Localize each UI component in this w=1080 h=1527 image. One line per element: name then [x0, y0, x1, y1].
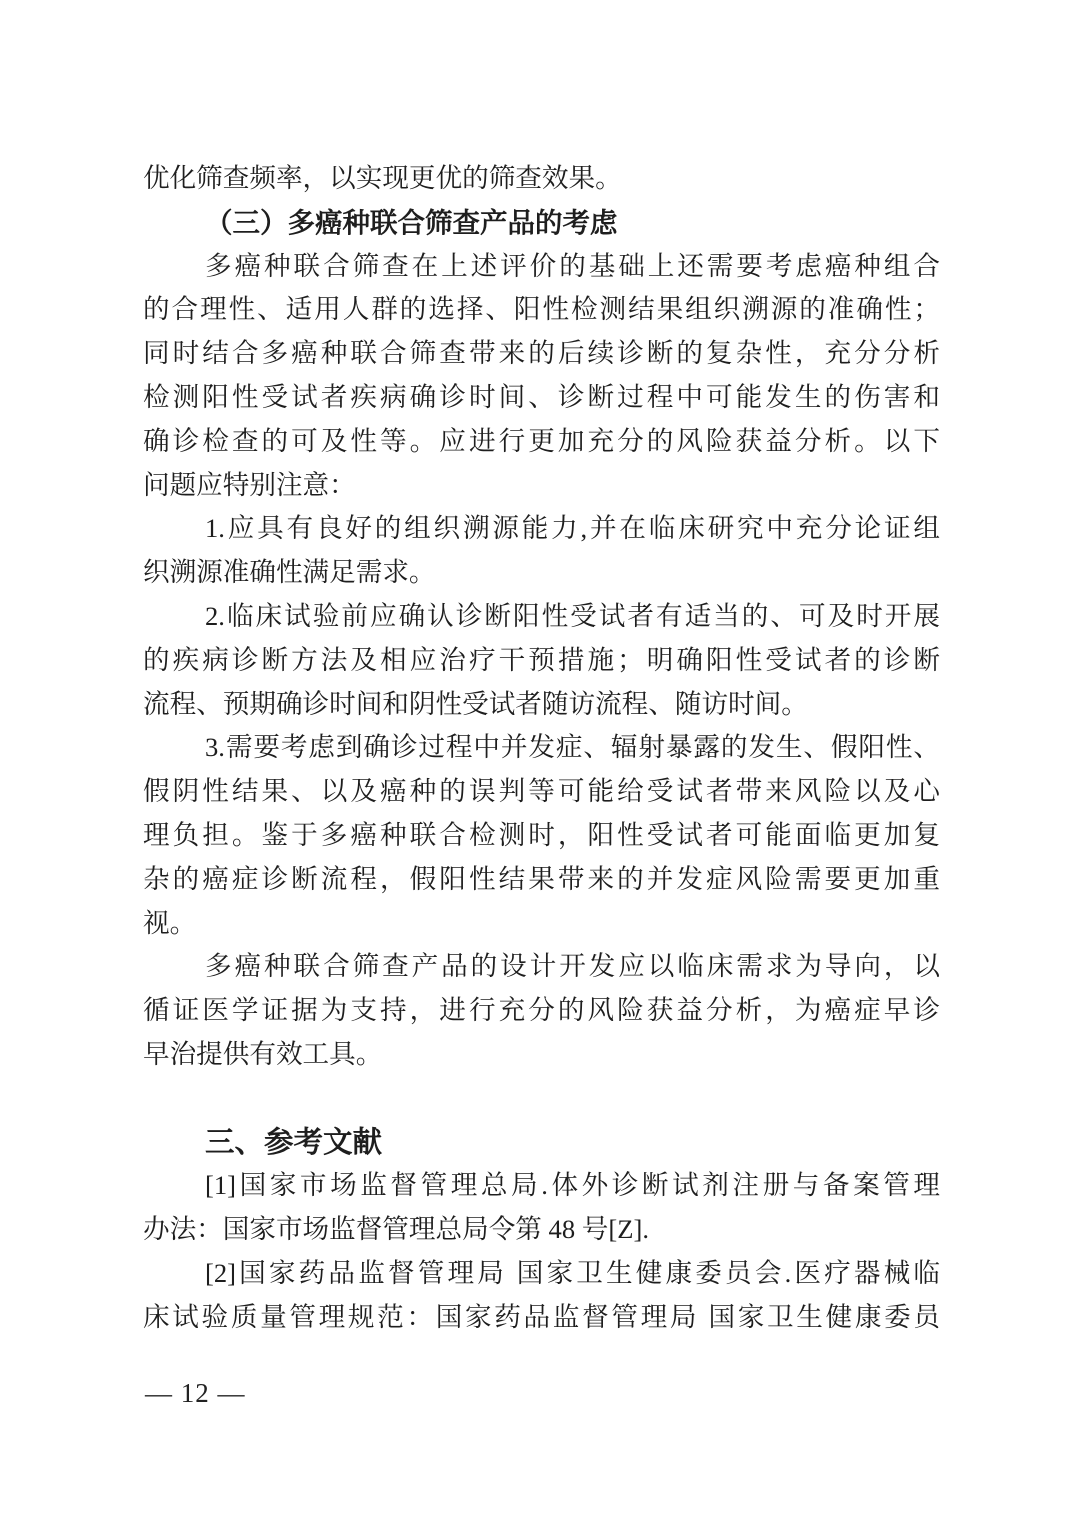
- document-text-block: 优化筛查频率，以实现更优的筛查效果。 （三）多癌种联合筛查产品的考虑 多癌种联合…: [143, 157, 940, 1340]
- text-line: 优化筛查频率，以实现更优的筛查效果。: [143, 157, 940, 201]
- list-item-1-line: 织溯源准确性满足需求。: [143, 551, 940, 595]
- list-item-2-line: 的疾病诊断方法及相应治疗干预措施；明确阳性受试者的诊断: [143, 639, 940, 683]
- list-item-3-line: 理负担。鉴于多癌种联合检测时，阳性受试者可能面临更加复: [143, 814, 940, 858]
- text-line: 循证医学证据为支持，进行充分的风险获益分析，为癌症早诊: [143, 989, 940, 1033]
- list-item-3-line: 3.需要考虑到确诊过程中并发症、辐射暴露的发生、假阳性、: [143, 726, 940, 770]
- references-heading: 三、参考文献: [143, 1121, 940, 1165]
- text-line: 早治提供有效工具。: [143, 1033, 940, 1077]
- list-item-3-line: 杂的癌症诊断流程，假阳性结果带来的并发症风险需要更加重: [143, 858, 940, 902]
- text-line: 的合理性、适用人群的选择、阳性检测结果组织溯源的准确性；: [143, 288, 940, 332]
- list-item-3-line: 视。: [143, 902, 940, 946]
- list-item-3-line: 假阴性结果、以及癌种的误判等可能给受试者带来风险以及心: [143, 770, 940, 814]
- list-item-2-line: 2.临床试验前应确认诊断阳性受试者有适当的、可及时开展: [143, 595, 940, 639]
- blank-line: [143, 1077, 940, 1121]
- text-line: 确诊检查的可及性等。应进行更加充分的风险获益分析。以下: [143, 420, 940, 464]
- reference-2-line: [2]国家药品监督管理局 国家卫生健康委员会.医疗器械临: [143, 1252, 940, 1296]
- reference-2-line: 床试验质量管理规范：国家药品监督管理局 国家卫生健康委员: [143, 1296, 940, 1340]
- section-heading-3: （三）多癌种联合筛查产品的考虑: [143, 201, 940, 245]
- text-line: 同时结合多癌种联合筛查带来的后续诊断的复杂性，充分分析: [143, 332, 940, 376]
- list-item-1-line: 1.应具有良好的组织溯源能力,并在临床研究中充分论证组: [143, 507, 940, 551]
- reference-1-line: 办法：国家市场监督管理总局令第 48 号[Z].: [143, 1208, 940, 1252]
- text-line: 问题应特别注意：: [143, 464, 940, 508]
- text-line: 多癌种联合筛查产品的设计开发应以临床需求为导向，以: [143, 945, 940, 989]
- list-item-2-line: 流程、预期确诊时间和阴性受试者随访流程、随访时间。: [143, 683, 940, 727]
- document-page: 优化筛查频率，以实现更优的筛查效果。 （三）多癌种联合筛查产品的考虑 多癌种联合…: [0, 0, 1080, 1527]
- reference-1-line: [1]国家市场监督管理总局.体外诊断试剂注册与备案管理: [143, 1164, 940, 1208]
- page-number: — 12 —: [145, 1378, 246, 1408]
- text-line: 多癌种联合筛查在上述评价的基础上还需要考虑癌种组合: [143, 245, 940, 289]
- text-line: 检测阳性受试者疾病确诊时间、诊断过程中可能发生的伤害和: [143, 376, 940, 420]
